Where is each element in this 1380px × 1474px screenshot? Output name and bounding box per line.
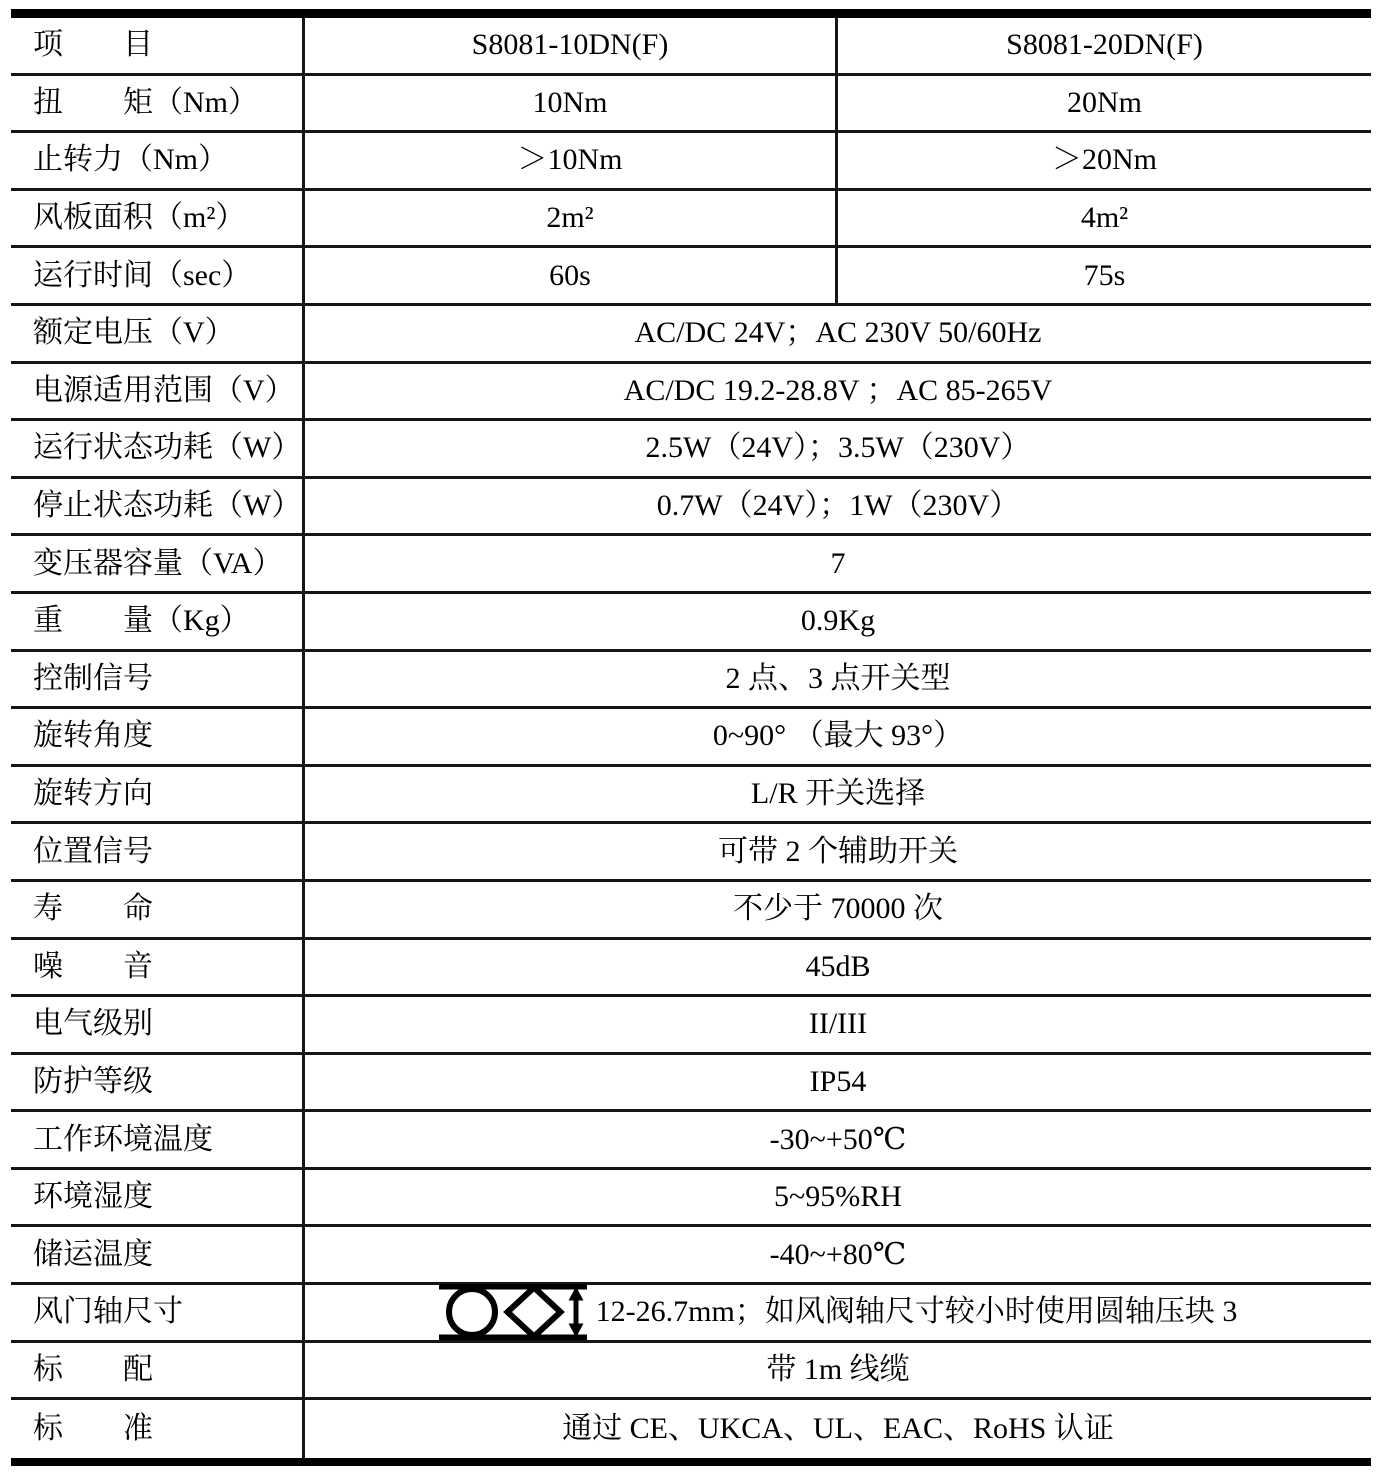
row-label: 扭 矩（Nm） (11, 76, 305, 131)
row-torque: 扭 矩（Nm） 10Nm 20Nm (11, 76, 1371, 134)
row-label: 变压器容量（VA） (11, 536, 305, 591)
row-value: AC/DC 24V；AC 230V 50/60Hz (305, 306, 1371, 361)
value-model-10dn: 10Nm (305, 76, 838, 131)
value-model-20dn: 75s (838, 248, 1371, 303)
row-damper-shaft-size: 风门轴尺寸 12-26.7mm；如风阀轴尺寸较小时使用圆轴压块 3 (11, 1285, 1371, 1343)
row-operating-temperature: 工作环境温度 -30~+50℃ (11, 1112, 1371, 1170)
row-weight: 重 量（Kg） 0.9Kg (11, 594, 1371, 652)
row-value: 2.5W（24V）；3.5W（230V） (305, 421, 1371, 476)
row-label: 储运温度 (11, 1227, 305, 1282)
row-label: 噪 音 (11, 940, 305, 995)
row-value: -40~+80℃ (305, 1227, 1371, 1282)
row-value: AC/DC 19.2-28.8V ；AC 85-265V (305, 364, 1371, 419)
row-value: 12-26.7mm；如风阀轴尺寸较小时使用圆轴压块 3 (305, 1285, 1371, 1340)
row-running-power: 运行状态功耗（W） 2.5W（24V）；3.5W（230V） (11, 421, 1371, 479)
row-label: 寿 命 (11, 882, 305, 937)
value-model-10dn: 60s (305, 248, 838, 303)
row-value: 不少于 70000 次 (305, 882, 1371, 937)
row-value: -30~+50℃ (305, 1112, 1371, 1167)
row-rotation-direction: 旋转方向 L/R 开关选择 (11, 767, 1371, 825)
row-label: 运行时间（sec） (11, 248, 305, 303)
row-value: L/R 开关选择 (305, 767, 1371, 822)
row-standard-equipment: 标 配 带 1m 线缆 (11, 1343, 1371, 1401)
row-label: 位置信号 (11, 824, 305, 879)
row-stall-torque: 止转力（Nm） ＞10Nm ＞20Nm (11, 133, 1371, 191)
value-model-20dn: ＞20Nm (838, 133, 1371, 188)
row-label: 风门轴尺寸 (11, 1285, 305, 1340)
value-model-20dn: 4m² (838, 191, 1371, 246)
row-noise: 噪 音 45dB (11, 940, 1371, 998)
row-position-signal: 位置信号 可带 2 个辅助开关 (11, 824, 1371, 882)
row-item-header: 项 目 S8081-10DN(F) S8081-20DN(F) (11, 18, 1371, 76)
shaft-size-text: 12-26.7mm；如风阀轴尺寸较小时使用圆轴压块 3 (596, 1297, 1238, 1327)
row-label: 项 目 (11, 18, 305, 73)
row-label: 停止状态功耗（W） (11, 479, 305, 534)
row-label: 环境湿度 (11, 1170, 305, 1225)
row-label: 风板面积（m²） (11, 191, 305, 246)
spec-table: 项 目 S8081-10DN(F) S8081-20DN(F) 扭 矩（Nm） … (11, 9, 1371, 1466)
row-label: 重 量（Kg） (11, 594, 305, 649)
row-value: 2 点、3 点开关型 (305, 652, 1371, 707)
row-label: 旋转方向 (11, 767, 305, 822)
row-label: 止转力（Nm） (11, 133, 305, 188)
row-label: 标 配 (11, 1343, 305, 1398)
row-value: 0.7W（24V）；1W（230V） (305, 479, 1371, 534)
row-value: 45dB (305, 940, 1371, 995)
row-value: 0.9Kg (305, 594, 1371, 649)
row-rated-voltage: 额定电压（V） AC/DC 24V；AC 230V 50/60Hz (11, 306, 1371, 364)
model-10dn-header: S8081-10DN(F) (305, 18, 838, 73)
row-label: 工作环境温度 (11, 1112, 305, 1167)
row-supply-voltage-range: 电源适用范围（V） AC/DC 19.2-28.8V ；AC 85-265V (11, 364, 1371, 422)
row-running-time: 运行时间（sec） 60s 75s (11, 248, 1371, 306)
row-label: 防护等级 (11, 1055, 305, 1110)
row-electrical-class: 电气级别 II/III (11, 997, 1371, 1055)
row-label: 运行状态功耗（W） (11, 421, 305, 476)
model-20dn-header: S8081-20DN(F) (838, 18, 1371, 73)
row-value: 带 1m 线缆 (305, 1343, 1371, 1398)
row-standby-power: 停止状态功耗（W） 0.7W（24V）；1W（230V） (11, 479, 1371, 537)
row-label: 电源适用范围（V） (11, 364, 305, 419)
row-protection-rating: 防护等级 IP54 (11, 1055, 1371, 1113)
value-model-10dn: 2m² (305, 191, 838, 246)
row-service-life: 寿 命 不少于 70000 次 (11, 882, 1371, 940)
row-transformer-capacity: 变压器容量（VA） 7 (11, 536, 1371, 594)
row-label: 控制信号 (11, 652, 305, 707)
row-rotation-angle: 旋转角度 0~90° （最大 93°） (11, 709, 1371, 767)
row-value: 通过 CE、UKCA、UL、EAC、RoHS 认证 (305, 1400, 1371, 1458)
row-storage-temperature: 储运温度 -40~+80℃ (11, 1227, 1371, 1285)
row-value: 7 (305, 536, 1371, 591)
row-value: 可带 2 个辅助开关 (305, 824, 1371, 879)
row-label: 电气级别 (11, 997, 305, 1052)
row-value: 0~90° （最大 93°） (305, 709, 1371, 764)
value-model-20dn: 20Nm (838, 76, 1371, 131)
row-label: 额定电压（V） (11, 306, 305, 361)
row-damper-area: 风板面积（m²） 2m² 4m² (11, 191, 1371, 249)
row-label: 旋转角度 (11, 709, 305, 764)
shaft-shapes-icon (439, 1284, 587, 1340)
value-model-10dn: ＞10Nm (305, 133, 838, 188)
row-control-signal: 控制信号 2 点、3 点开关型 (11, 652, 1371, 710)
row-certification: 标 准 通过 CE、UKCA、UL、EAC、RoHS 认证 (11, 1400, 1371, 1458)
row-value: IP54 (305, 1055, 1371, 1110)
row-value: 5~95%RH (305, 1170, 1371, 1225)
row-label: 标 准 (11, 1400, 305, 1458)
row-ambient-humidity: 环境湿度 5~95%RH (11, 1170, 1371, 1228)
row-value: II/III (305, 997, 1371, 1052)
